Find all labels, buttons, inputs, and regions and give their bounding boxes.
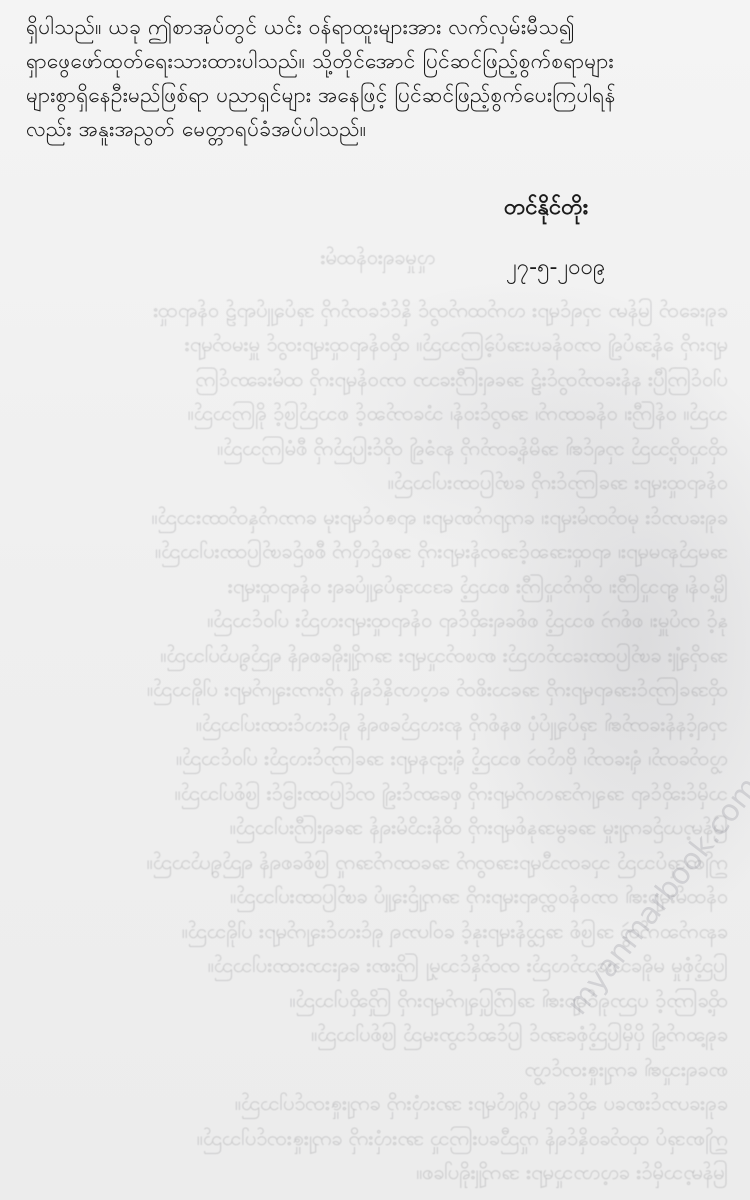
bleed-through-line: ဘုရင့်နန်းတော်၏ အုပ်ချုပ်ပုံ စနစ်ကို နား…	[28, 707, 728, 742]
watermark: myanmarbook.com	[560, 771, 750, 1022]
scanned-page: လူမှုရေးဝန်ထမ်း ရှေးခေတ် မြန်မာ ဘုရင်မျာ…	[0, 0, 750, 1200]
bleed-through-line: ရှေ့ဆက်၍ ပိုမိုပြည့်စုံအောင် ပြင်ဆင်သွား…	[28, 1017, 728, 1052]
bleed-through-line: ထို့ကြောင့် ပညာရှင်များ၏ အကြံပြုချက်များ…	[28, 983, 728, 1018]
bleed-through-text: လူမှုရေးဝန်ထမ်း ရှေးခေတ် မြန်မာ ဘုရင်မျာ…	[28, 240, 728, 1190]
bleed-through-line: ဤစာအုပ်သည် သုတေသီများအတွက် အထောက်အကူ ဖြစ…	[28, 845, 728, 880]
bleed-through-line: လွှတ်တော်၊ ရုံးတော်၊ ဗိုလ်တဲ စသည့် ရုံးဌ…	[28, 741, 728, 776]
bleed-through-line: မြို့ဝန်၊ ရွာသူကြီး၊ တိုက်သူကြီး စသည့် ဒ…	[28, 569, 728, 604]
bleed-through-line: ထိုအကြောင်းအရာများကို အသေးစိတ် လေ့လာနိုင…	[28, 672, 728, 707]
bleed-through-line: မြန်မာ့သမိုင်း လေ့လာသူများ အကျိုးရှိပါစေ…	[28, 1155, 728, 1190]
paragraph-line: များစွာရှိနေဦးမည်ဖြစ်ရာ ပညာရှင်များ အနေဖ…	[26, 78, 726, 112]
paragraph-line: လည်း အနူးအညွတ် မေတ္တာရပ်ခံအပ်ပါသည်။	[26, 112, 726, 146]
author-signature: တင်နိုင်တိုး	[504, 190, 588, 226]
bleed-through-line: အမည်နာမများ၊ ရာထူးအဆင့်အတန်းများကို အစဉ်…	[28, 534, 728, 569]
bleed-through-line: မြန်မာ့ယဉ်ကျေးမှု အမွေအနှစ်များကို ထိန်း…	[28, 810, 728, 845]
bleed-through-line: ဤစာအုပ် ထုတ်ဝေနိုင်ရန် ကူညီပေးကြသူ အားလု…	[28, 1121, 728, 1156]
bleed-through-line: ထိုသူတို့သည် ဘုရင်၏ အမိန့်တော်ကို နာခံ၍ …	[28, 431, 728, 466]
bleed-through-line: ပါဝင်ကြပြီး နန်းတော်တွင်း၌ အရေးကြီးသော တ…	[28, 362, 728, 397]
bleed-through-line: ဝန်ရာထူးများ အကြောင်းကို ဖော်ပြထားပါသည်။	[28, 465, 728, 500]
bleed-through-line: ရှေးခေတ် မြန်မာ ဘုရင်များ လက်ထက်တွင် နို…	[28, 293, 728, 328]
bleed-through-line: ရှေးဟောင်း မှတ်တမ်းများ၊ ကျောက်စာများ၊ ရ…	[28, 500, 728, 535]
bleed-through-lines: ရှေးခေတ် မြန်မာ ဘုရင်များ လက်ထက်တွင် နို…	[28, 293, 728, 1190]
bleed-through-line: နှင့် တပ်မှူး၊ စစ်ကဲ စသည့် စစ်ရေးဆိုင်ရာ…	[28, 603, 728, 638]
bleed-through-line: ရှေးဟောင်းစာပေ ဆိုင်ရာ ပုဂ္ဂိုလ်များ အား…	[28, 1086, 728, 1121]
bleed-through-title: လူမှုရေးဝန်ထမ်း	[28, 240, 728, 275]
paragraph-line: ရှာဖွေဖော်ထုတ်ရေးသားထားပါသည်။ သို့တိုင်အ…	[26, 44, 726, 78]
signature-date: ၂၇-၅-၂၀၀၉	[506, 250, 605, 286]
bleed-through-line: သမိုင်းဆိုင်ရာ အချက်အလက်များကို စုဆောင်း…	[28, 776, 728, 811]
bleed-through-line: များကို ခန့်အပ်၍ တာဝန်ပေးအပ်ခဲ့ကြသည်။ ထိ…	[28, 327, 728, 362]
bleed-through-line: သည်။ ဝန်ကြီး၊ ဝန်ထောက်၊ အတွင်းဝန်၊ သံတော…	[28, 396, 728, 431]
bleed-through-line: ဝန်ထမ်းများ၏ တာဝန်ဝတ္တရားများကို အကျဉ်းခ…	[28, 879, 728, 914]
bleed-through-line: အတိုချုံး ဖော်ပြထားသော်လည်း စာဖတ်သူများ …	[28, 638, 728, 673]
paragraph-line: ရှိပါသည်။ ယခု ဤစာအုပ်တွင် ယင်း ဝန်ရာထူးမ…	[26, 10, 726, 44]
bleed-through-line: စာရေးသူ၏ ကျေးဇူးတင်လွှာ	[28, 1052, 728, 1087]
preface-paragraph: ရှိပါသည်။ ယခု ဤစာအုပ်တွင် ယင်း ဝန်ရာထူးမ…	[26, 10, 726, 146]
